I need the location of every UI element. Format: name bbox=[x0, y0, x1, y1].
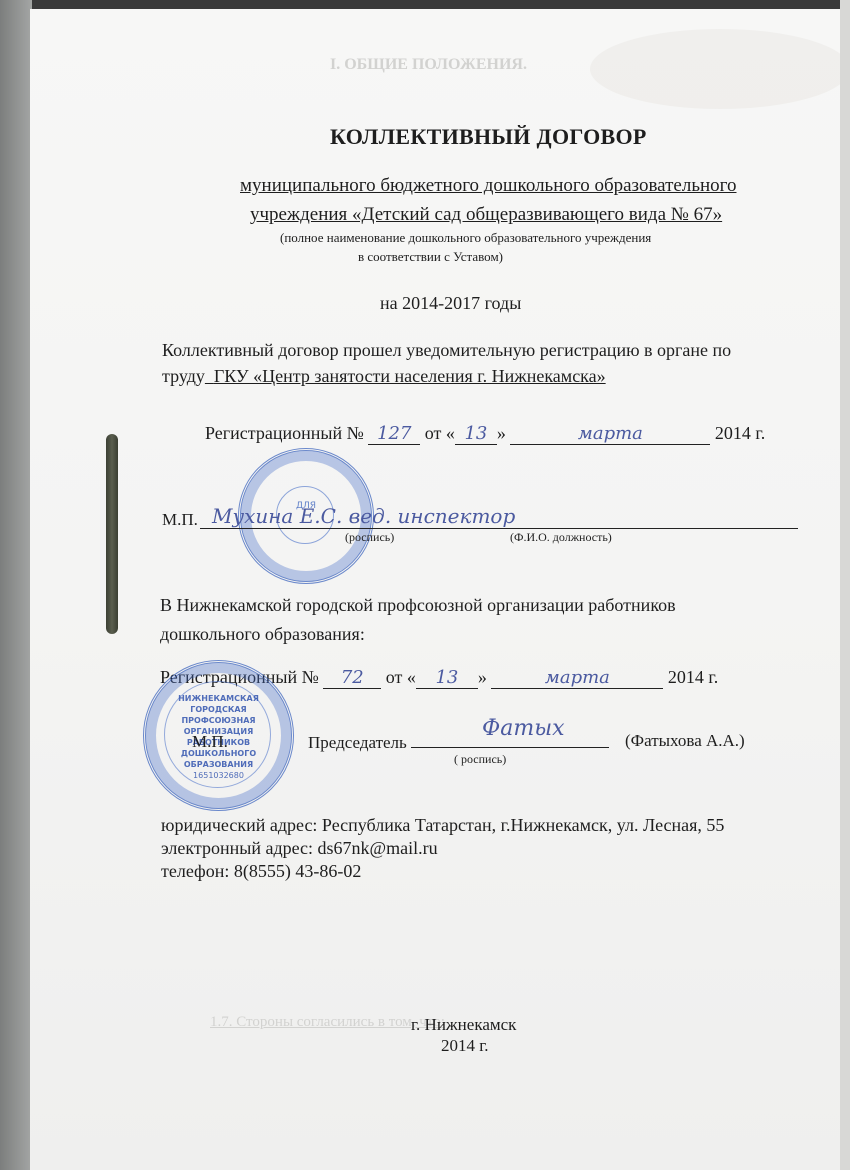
reg-year: 2014 г. bbox=[715, 423, 765, 443]
organization-note-line-1: (полное наименование дошкольного образов… bbox=[280, 230, 651, 246]
organization-note-line-2: в соответствии с Уставом) bbox=[358, 249, 503, 265]
reg-month-handwritten: марта bbox=[510, 423, 710, 445]
reg-label: Регистрационный № bbox=[205, 423, 364, 443]
scan-right-edge bbox=[840, 0, 850, 1170]
fio-position-caption: (Ф.И.О. должность) bbox=[510, 530, 612, 545]
mp-label-1: М.П. bbox=[162, 510, 198, 530]
bleed-through-subheading: 1.7. Стороны согласились в том, что: bbox=[210, 1014, 445, 1031]
union-registration-text-2: дошкольного образования: bbox=[160, 624, 365, 645]
labor-registration-number-row: Регистрационный № 127 от «13» марта 2014… bbox=[205, 423, 765, 445]
date-from-label: от « bbox=[425, 423, 455, 443]
union-reg-number-handwritten: 72 bbox=[323, 667, 381, 689]
organization-name-line-2: учреждения «Детский сад общеразвивающего… bbox=[250, 204, 722, 226]
bleed-through-heading: I. ОБЩИЕ ПОЛОЖЕНИЯ. bbox=[330, 56, 527, 74]
reg-number-handwritten: 127 bbox=[368, 423, 420, 445]
legal-address: юридический адрес: Республика Татарстан,… bbox=[161, 815, 724, 836]
footer-year: 2014 г. bbox=[441, 1036, 489, 1056]
scan-left-edge bbox=[0, 0, 32, 1170]
signature-caption-1: (роспись) bbox=[345, 530, 394, 545]
chair-name: (Фатыхова А.А.) bbox=[625, 731, 745, 751]
date-close-quote: » bbox=[497, 423, 506, 443]
binding-cord bbox=[106, 434, 118, 634]
inspector-signature: Мухина Е.С. вед. инспектор bbox=[212, 504, 515, 528]
date-close-quote: » bbox=[478, 667, 487, 687]
union-reg-month-handwritten: марта bbox=[491, 667, 663, 689]
phone-number: телефон: 8(8555) 43-86-02 bbox=[161, 861, 361, 882]
labor-registration-prefix: труду bbox=[162, 366, 205, 386]
signature-caption-2: ( роспись) bbox=[454, 752, 506, 767]
email-address: электронный адрес: ds67nk@mail.ru bbox=[161, 838, 438, 859]
labor-registration-text-2: труду ГКУ «Центр занятости населения г. … bbox=[162, 366, 606, 387]
union-reg-year: 2014 г. bbox=[668, 667, 718, 687]
footer-city: г. Нижнекамск bbox=[411, 1015, 516, 1035]
paper-stain bbox=[590, 29, 850, 109]
reg-day-handwritten: 13 bbox=[455, 423, 497, 445]
agreement-period: на 2014-2017 годы bbox=[380, 293, 521, 314]
labor-agency-name: ГКУ «Центр занятости населения г. Нижнек… bbox=[205, 366, 606, 386]
document-title: КОЛЛЕКТИВНЫЙ ДОГОВОР bbox=[330, 124, 647, 150]
union-registration-text-1: В Нижнекамской городской профсоюзной орг… bbox=[160, 595, 676, 616]
labor-registration-text-1: Коллективный договор прошел уведомительн… bbox=[162, 340, 731, 361]
chair-signature: Фатых bbox=[482, 716, 565, 741]
union-reg-day-handwritten: 13 bbox=[416, 667, 478, 689]
date-from-label: от « bbox=[386, 667, 416, 687]
chair-label: Председатель bbox=[308, 733, 407, 752]
signature-line-1 bbox=[200, 528, 798, 529]
organization-name-line-1: муниципального бюджетного дошкольного об… bbox=[240, 175, 737, 197]
mp-label-2: М.П. bbox=[192, 732, 228, 752]
